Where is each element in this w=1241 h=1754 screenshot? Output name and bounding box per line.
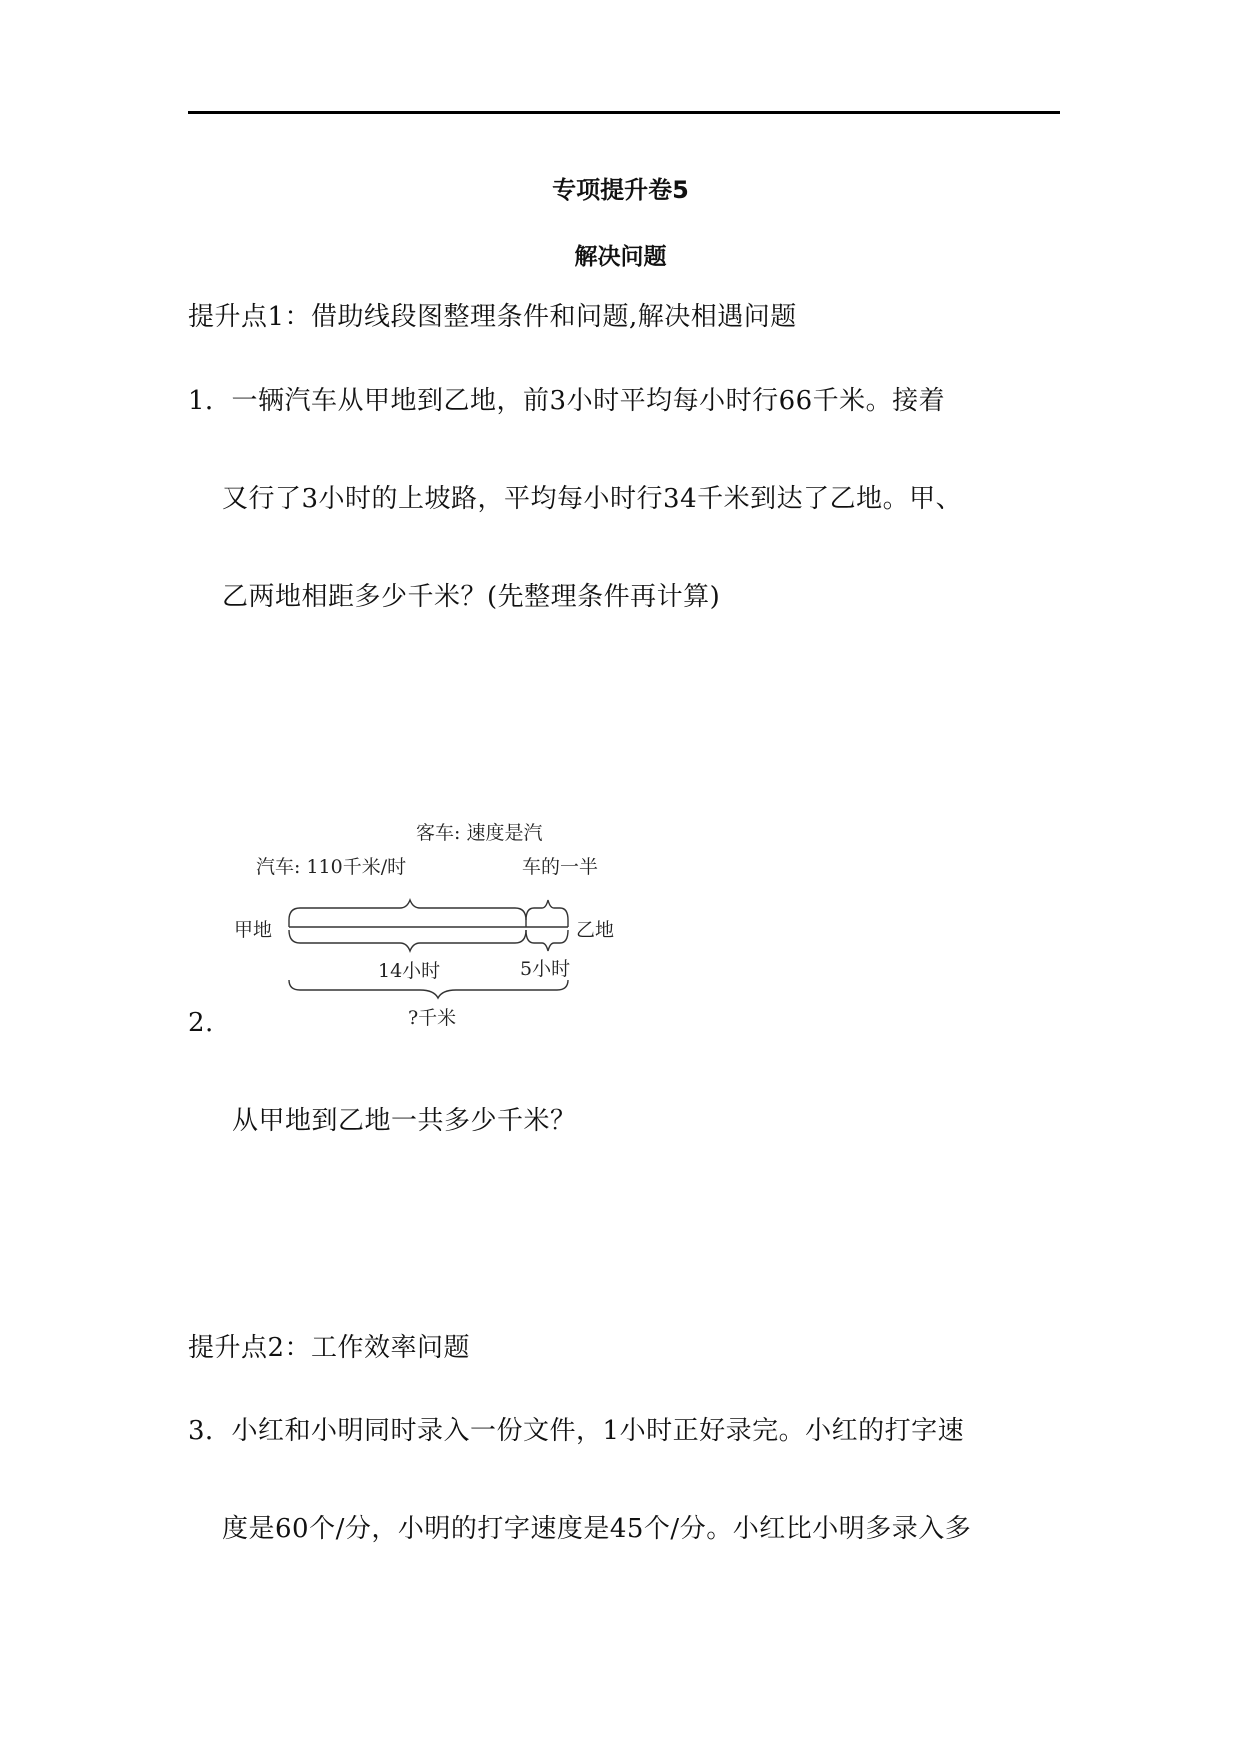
problem-1-line-3: 乙两地相距多少千米？(先整理条件再计算): [222, 576, 720, 613]
problem-2-number: 2.: [188, 1008, 214, 1038]
end-label: 乙地: [576, 915, 614, 942]
start-label: 甲地: [234, 915, 272, 942]
bus-label-line2: 车的一半: [522, 852, 598, 879]
problem-number: 3．: [188, 1416, 232, 1446]
line-segment-diagram: 客车: 速度是汽 汽车: 110千米/时 车的一半 甲地 乙地 14小时 5小时…: [220, 820, 640, 1050]
problem-2-question: 从甲地到乙地一共多少千米？: [232, 1100, 577, 1137]
problem-number: 1．: [188, 386, 232, 416]
problem-3-line-1: 3．小红和小明同时录入一份文件，1小时正好录完。小红的打字速: [188, 1410, 964, 1447]
problem-1-line-2: 又行了3小时的上坡路，平均每小时行34千米到达了乙地。甲、: [222, 478, 962, 515]
section-heading-1: 提升点1：借助线段图整理条件和问题,解决相遇问题: [188, 296, 797, 333]
problem-1-line-1: 1．一辆汽车从甲地到乙地，前3小时平均每小时行66千米。接着: [188, 380, 945, 417]
problem-3-line-2: 度是60个/分，小明的打字速度是45个/分。小红比小明多录入多: [222, 1508, 971, 1545]
time2-label: 5小时: [520, 954, 570, 981]
car-label: 汽车: 110千米/时: [256, 852, 406, 879]
page-title: 专项提升卷5: [0, 170, 1241, 205]
header-rule: [188, 111, 1060, 114]
page-subtitle: 解决问题: [0, 238, 1241, 271]
time1-label: 14小时: [378, 956, 440, 983]
total-label: ?千米: [408, 1003, 456, 1030]
section-heading-2: 提升点2：工作效率问题: [188, 1327, 470, 1364]
problem-text: 小红和小明同时录入一份文件，1小时正好录完。小红的打字速: [232, 1416, 965, 1446]
problem-text: 一辆汽车从甲地到乙地，前3小时平均每小时行66千米。接着: [232, 386, 946, 416]
bus-label-line1: 客车: 速度是汽: [416, 818, 542, 845]
